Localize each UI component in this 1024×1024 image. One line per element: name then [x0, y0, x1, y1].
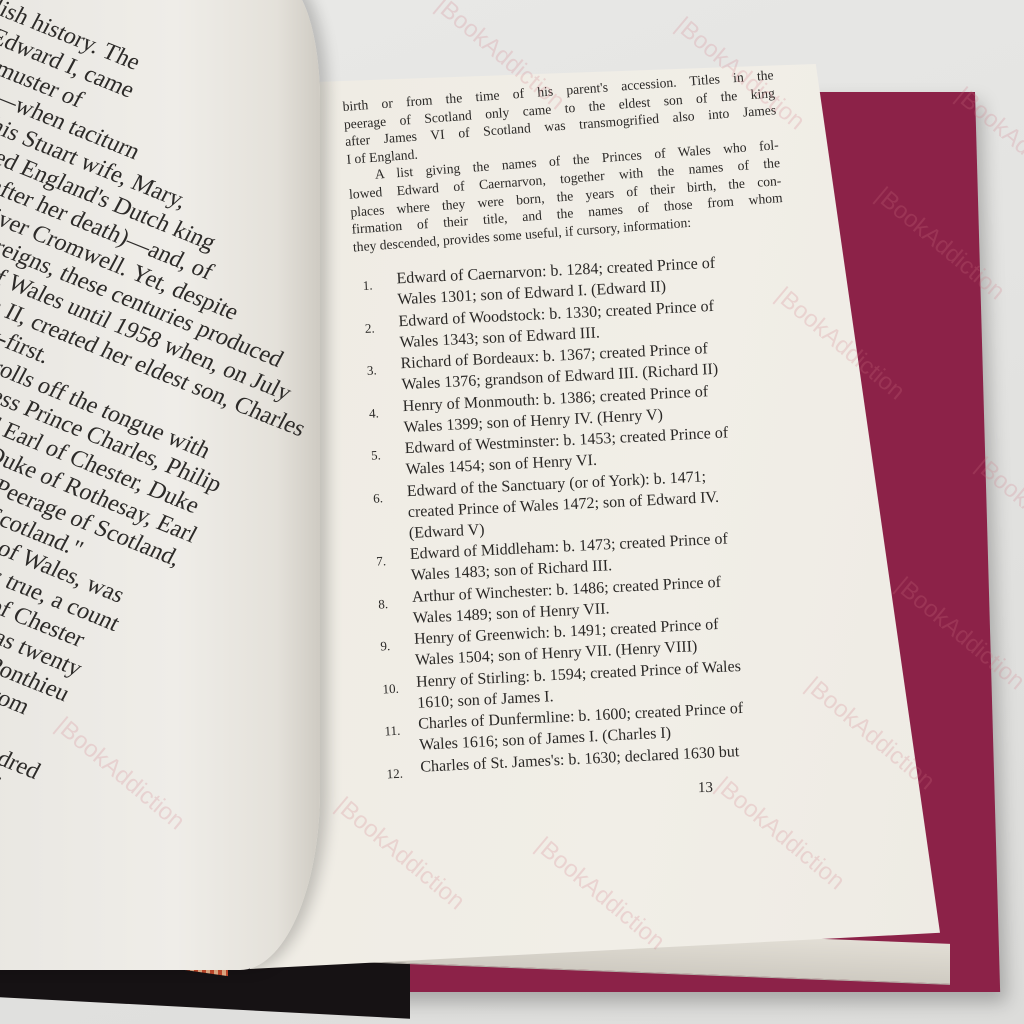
book-photo: birth or from the time of his parent's a… [0, 0, 1024, 1024]
list-number: 12. [386, 756, 421, 784]
page-number: 13 [698, 780, 713, 797]
list-number: 6. [372, 481, 409, 546]
list-number: 3. [366, 353, 402, 397]
list-number: 11. [384, 714, 420, 758]
list-number: 4. [368, 396, 404, 440]
list-number: 8. [378, 586, 414, 630]
princes-of-wales-list: 1. Edward of Caernarvon: b. 1284; create… [362, 249, 827, 785]
list-number: 7. [375, 544, 411, 588]
right-page-intro: birth or from the time of his parent's a… [342, 66, 784, 256]
list-number: 10. [382, 671, 418, 715]
list-number: 9. [380, 629, 416, 673]
list-number: 2. [364, 311, 400, 355]
list-number: 1. [362, 268, 398, 312]
list-number: 5. [370, 438, 406, 482]
